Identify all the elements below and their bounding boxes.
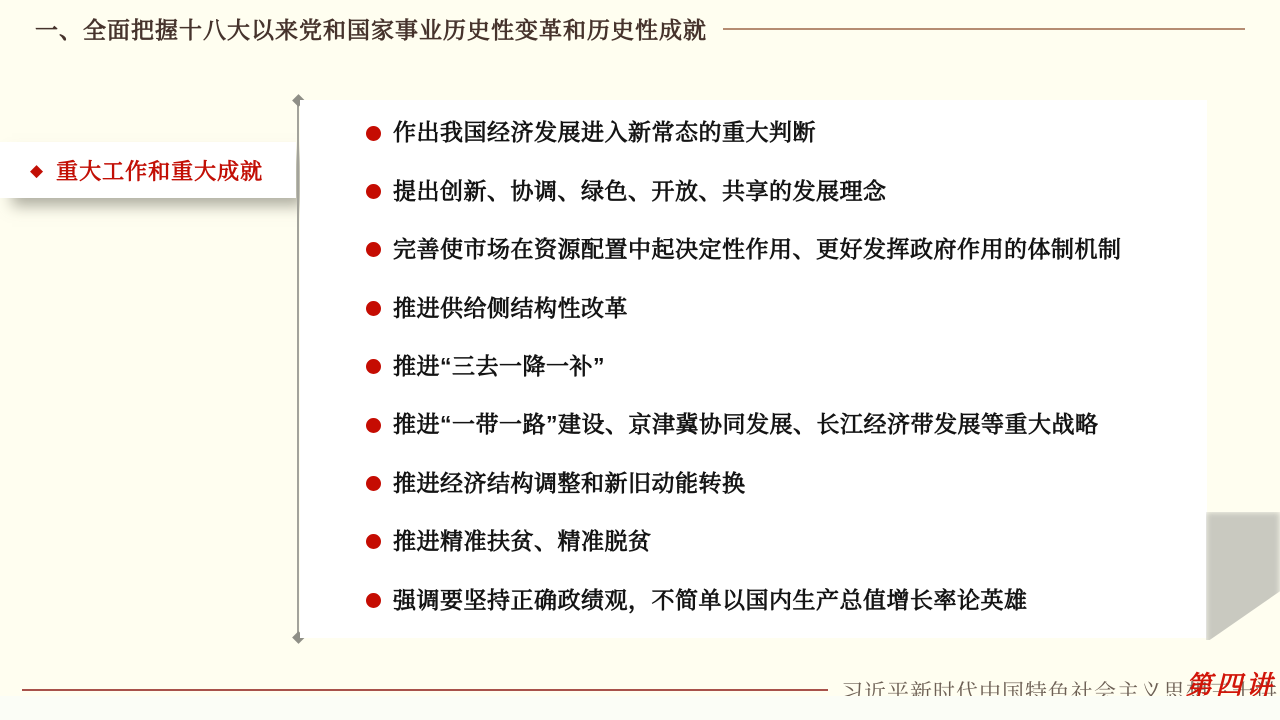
connector-line	[297, 103, 299, 637]
bullet-dot-icon	[366, 359, 381, 374]
content-panel: 作出我国经济发展进入新常态的重大判断提出创新、协调、绿色、开放、共享的发展理念完…	[300, 100, 1207, 638]
bottom-edge-strip	[0, 696, 1280, 720]
footer-rule-line	[22, 689, 828, 691]
list-item: 推进经济结构调整和新旧动能转换	[300, 454, 1207, 512]
bullet-text: 推进“一带一路”建设、京津冀协同发展、长江经济带发展等重大战略	[393, 411, 1099, 439]
bullet-dot-icon	[366, 301, 381, 316]
list-item: 推进“三去一降一补”	[300, 338, 1207, 396]
list-item: 强调要坚持正确政绩观，不简单以国内生产总值增长率论英雄	[300, 571, 1207, 629]
bullet-text: 推进经济结构调整和新旧动能转换	[393, 470, 746, 498]
bullet-text: 推进精准扶贫、精准脱贫	[393, 528, 652, 556]
bullet-dot-icon	[366, 593, 381, 608]
page-curl-shadow	[1206, 512, 1280, 644]
list-item: 完善使市场在资源配置中起决定性作用、更好发挥政府作用的体制机制	[300, 221, 1207, 279]
list-item: 提出创新、协调、绿色、开放、共享的发展理念	[300, 162, 1207, 220]
category-label-text: 重大工作和重大成就	[56, 155, 263, 186]
bullet-dot-icon	[366, 126, 381, 141]
list-item: 推进“一带一路”建设、京津冀协同发展、长江经济带发展等重大战略	[300, 396, 1207, 454]
list-item: 作出我国经济发展进入新常态的重大判断	[300, 104, 1207, 162]
slide-section-title: 一、全面把握十八大以来党和国家事业历史性变革和历史性成就	[35, 12, 707, 45]
bullet-dot-icon	[366, 418, 381, 433]
bullet-dot-icon	[366, 476, 381, 491]
bullet-dot-icon	[366, 184, 381, 199]
diamond-bullet-icon: ◆	[30, 162, 43, 179]
bullet-dot-icon	[366, 242, 381, 257]
list-item: 推进精准扶贫、精准脱贫	[300, 513, 1207, 571]
list-item: 推进供给侧结构性改革	[300, 279, 1207, 337]
bullet-text: 作出我国经济发展进入新常态的重大判断	[393, 119, 816, 147]
header-rule-line	[723, 28, 1245, 30]
bullet-dot-icon	[366, 534, 381, 549]
slide-header: 一、全面把握十八大以来党和国家事业历史性变革和历史性成就	[35, 12, 1245, 45]
category-label-box: ◆ 重大工作和重大成就	[0, 142, 296, 198]
bullet-text: 推进“三去一降一补”	[393, 353, 605, 381]
bullet-text: 强调要坚持正确政绩观，不简单以国内生产总值增长率论英雄	[393, 587, 1028, 615]
bullet-text: 推进供给侧结构性改革	[393, 295, 628, 323]
bullet-text: 完善使市场在资源配置中起决定性作用、更好发挥政府作用的体制机制	[393, 236, 1122, 264]
bullet-text: 提出创新、协调、绿色、开放、共享的发展理念	[393, 178, 887, 206]
